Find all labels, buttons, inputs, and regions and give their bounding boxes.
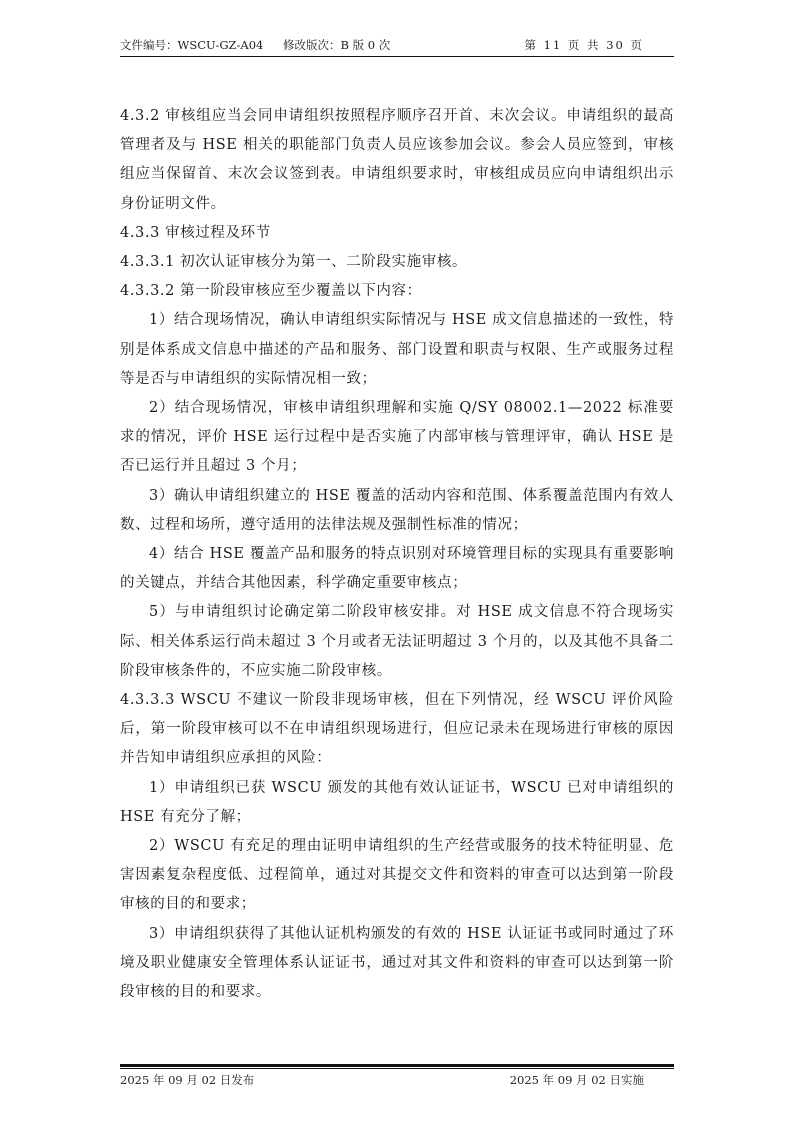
footer-dates: 2025 年 09 月 02 日发布 2025 年 09 月 02 日实施 xyxy=(120,1073,674,1089)
list-item-1: 1）申请组织已获 WSCU 颁发的其他有效认证证书，WSCU 已对申请组织的 H… xyxy=(120,774,674,832)
clause-4-3-3-1: 4.3.3.1 初次认证审核分为第一、二阶段实施审核。 xyxy=(120,248,674,277)
page-footer: 2025 年 09 月 02 日发布 2025 年 09 月 02 日实施 xyxy=(120,1064,674,1089)
revision-label: 修改版次：B 版 0 次 xyxy=(283,38,390,52)
list-item-3: 3）确认申请组织建立的 HSE 覆盖的活动内容和范围、体系覆盖范围内有效人数、过… xyxy=(120,482,674,540)
list-item-2: 2）WSCU 有充足的理由证明申请组织的生产经营或服务的技术特征明显、危害因素复… xyxy=(120,832,674,920)
list-item-4: 4）结合 HSE 覆盖产品和服务的特点识别对环境管理目标的实现具有重要影响的关键… xyxy=(120,540,674,598)
document-page: 文件编号：WSCU-GZ-A04 修改版次：B 版 0 次 第 11 页 共 3… xyxy=(0,0,794,1123)
heading-4-3-3: 4.3.3 审核过程及环节 xyxy=(120,219,674,248)
clause-4-3-3-3: 4.3.3.3 WSCU 不建议一阶段非现场审核，但在下列情况，经 WSCU 评… xyxy=(120,686,674,774)
document-body: 4.3.2 审核组应当会同申请组织按照程序顺序召开首、末次会议。申请组织的最高管… xyxy=(120,102,674,1007)
implementation-date: 2025 年 09 月 02 日实施 xyxy=(510,1073,644,1087)
list-item-1: 1）结合现场情况，确认申请组织实际情况与 HSE 成文信息描述的一致性，特别是体… xyxy=(120,306,674,394)
page-header: 文件编号：WSCU-GZ-A04 修改版次：B 版 0 次 第 11 页 共 3… xyxy=(120,38,674,57)
footer-rule-thin xyxy=(120,1068,674,1069)
list-item-3: 3）申请组织获得了其他认证机构颁发的有效的 HSE 认证证书或同时通过了环境及职… xyxy=(120,920,674,1008)
document-number: 文件编号：WSCU-GZ-A04 xyxy=(120,38,263,52)
clause-4-3-3-2: 4.3.3.2 第一阶段审核应至少覆盖以下内容： xyxy=(120,277,674,306)
list-item-2: 2）结合现场情况，审核申请组织理解和实施 Q/SY 08002.1—2022 标… xyxy=(120,394,674,482)
list-item-5: 5）与申请组织讨论确定第二阶段审核安排。对 HSE 成文信息不符合现场实际、相关… xyxy=(120,598,674,686)
footer-rule-thick xyxy=(120,1064,674,1067)
section-4-3-2: 4.3.2 审核组应当会同申请组织按照程序顺序召开首、末次会议。申请组织的最高管… xyxy=(120,102,674,219)
page-number: 第 11 页 共 30 页 xyxy=(524,38,644,52)
issue-date: 2025 年 09 月 02 日发布 xyxy=(120,1073,254,1087)
